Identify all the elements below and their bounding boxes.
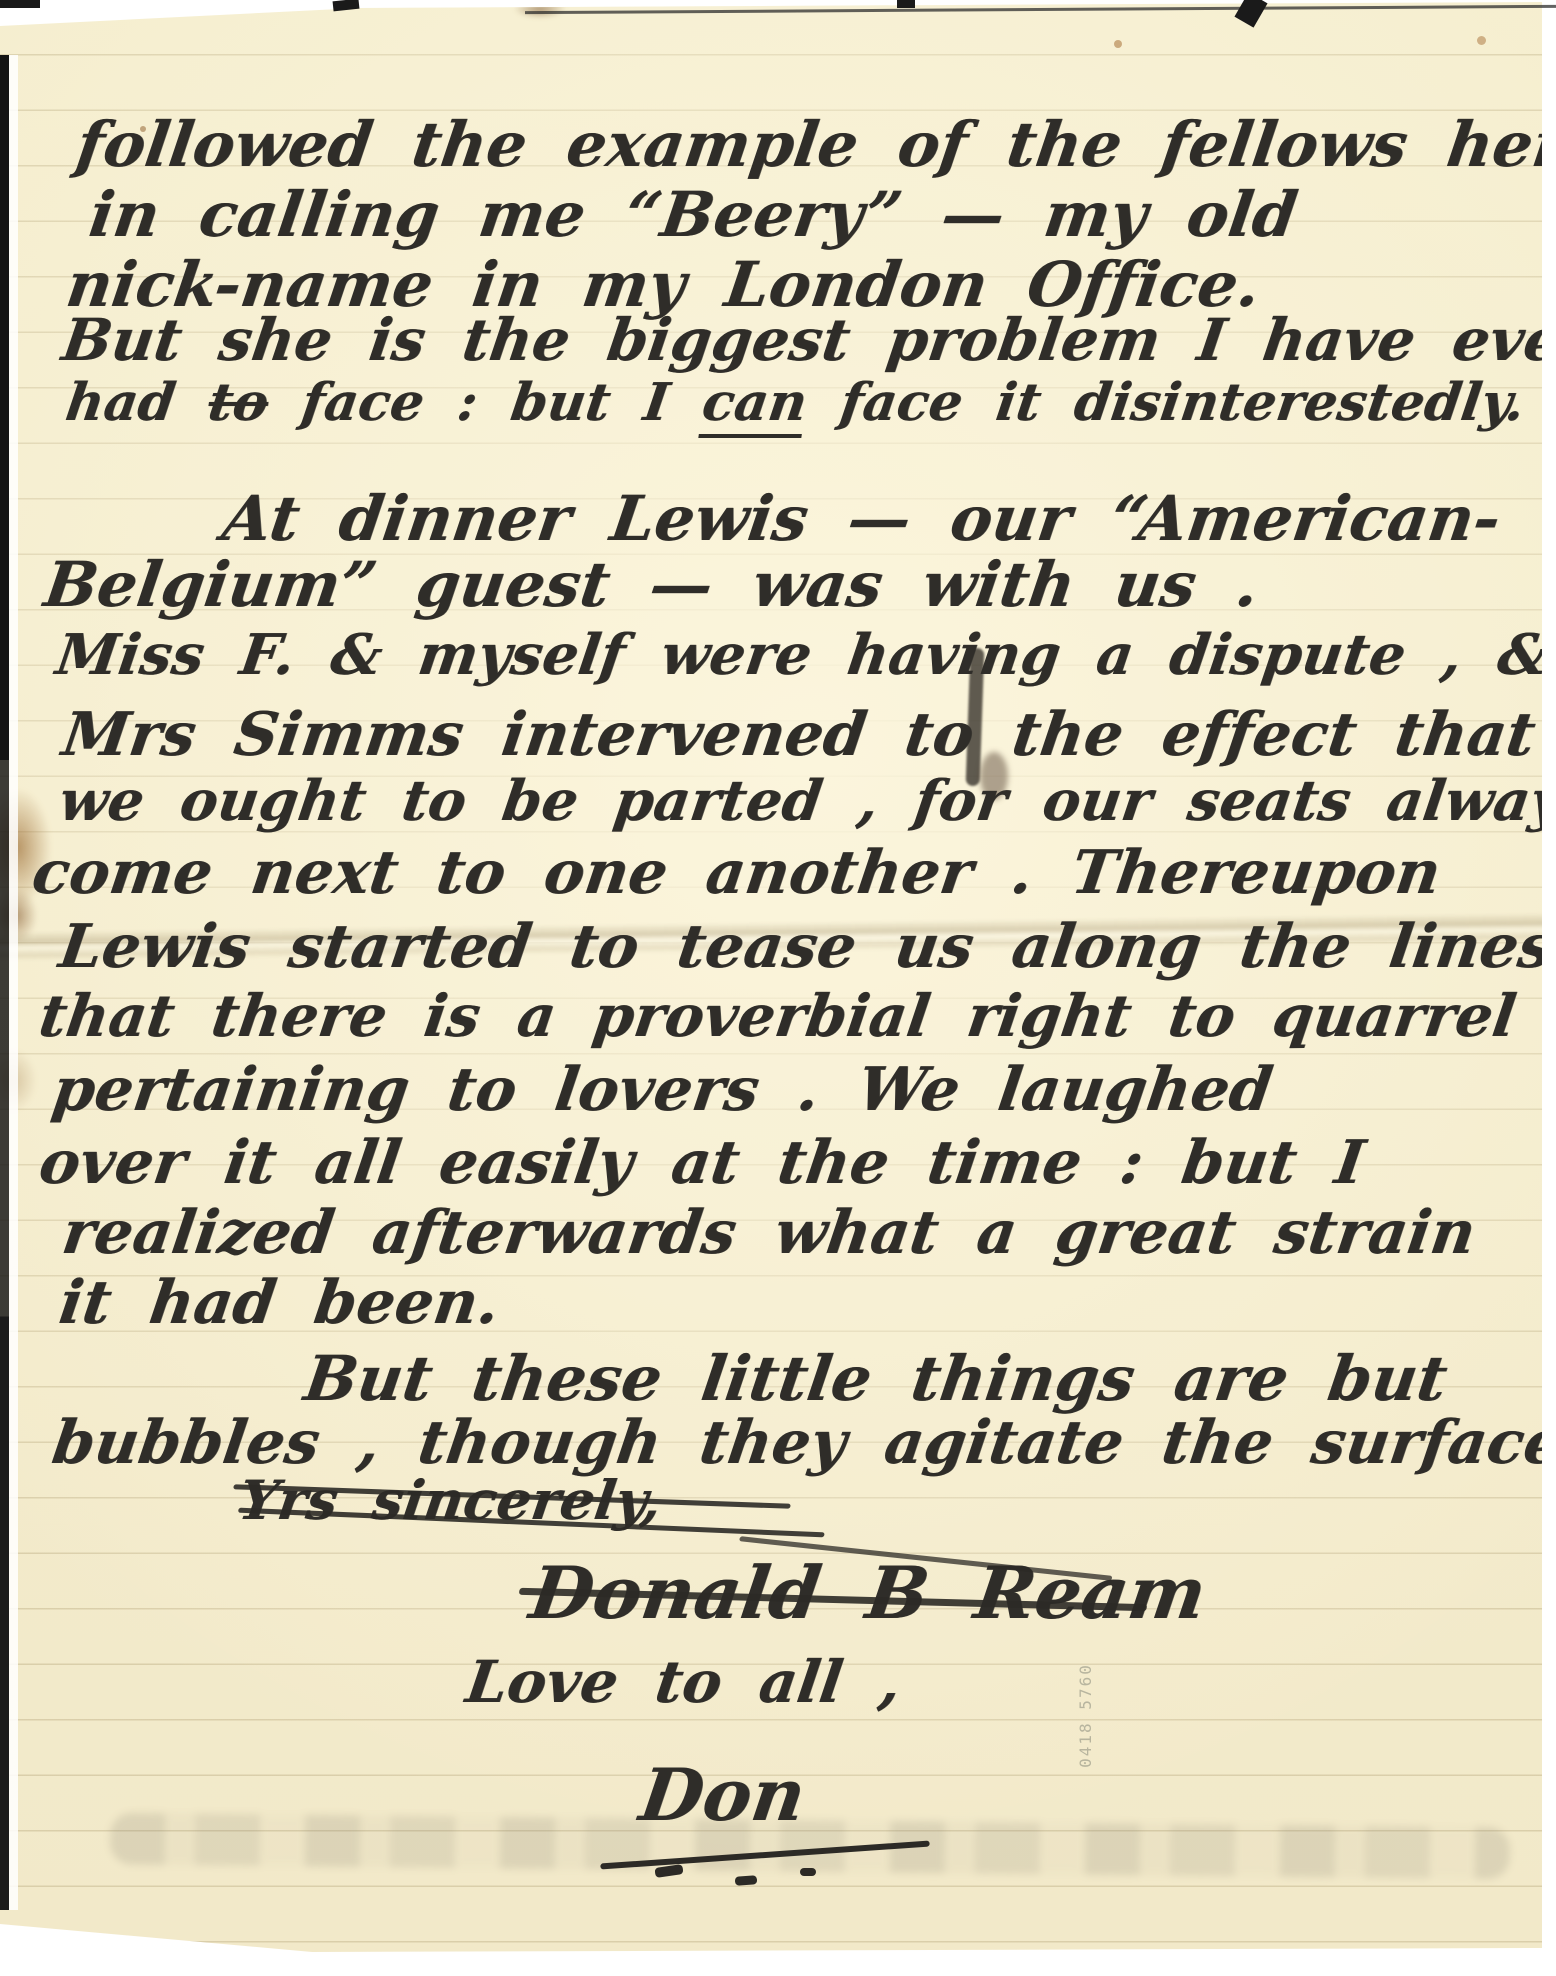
handwriting-line: At dinner Lewis — our “American- bbox=[218, 482, 1505, 555]
letter-page: 0418 5760 followed the example of the fe… bbox=[0, 0, 1556, 1976]
handwriting-segment: face it disinterestedly. bbox=[802, 372, 1528, 433]
handwriting-line: pertaining to lovers . We laughed bbox=[48, 1055, 1277, 1125]
handwriting-line: Mrs Simms intervened to the effect that bbox=[58, 700, 1540, 770]
show-through-band bbox=[110, 1813, 1510, 1880]
struck-word: to bbox=[205, 372, 273, 433]
handwriting-line: Belgium” guest — was with us . bbox=[40, 548, 1263, 621]
scan-number: 0418 5760 bbox=[1076, 1663, 1095, 1768]
handwriting-line: But these little things are but bbox=[300, 1342, 1452, 1415]
handwriting-line: followed the example of the fellows here bbox=[72, 108, 1556, 181]
signature-dash bbox=[654, 1864, 683, 1878]
handwriting-line: over it all easily at the time : but I bbox=[35, 1128, 1369, 1198]
stain bbox=[505, 0, 575, 22]
underlined-word: can bbox=[698, 372, 811, 438]
handwriting-line: we ought to be parted , for our seats al… bbox=[55, 768, 1556, 834]
scanned-letter: 0418 5760 followed the example of the fe… bbox=[0, 0, 1556, 1976]
stain bbox=[0, 1038, 45, 1123]
struck-valediction: Yrs sincerely, bbox=[235, 1468, 666, 1532]
handwriting-line: Lewis started to tease us along the line… bbox=[55, 912, 1556, 982]
handwriting-line: come next to one another . Thereupon bbox=[28, 838, 1445, 908]
handwriting-line: that there is a proverbial right to quar… bbox=[35, 982, 1520, 1050]
signature-dash bbox=[800, 1868, 816, 1876]
handwriting-line: it had been. bbox=[55, 1268, 504, 1338]
handwriting-line: Miss F. & myself were having a dispute ,… bbox=[52, 622, 1554, 688]
speck bbox=[1477, 36, 1486, 45]
scan-edge-mark bbox=[0, 0, 40, 8]
signature-underline bbox=[600, 1840, 930, 1869]
handwriting-line: realized afterwards what a great strain bbox=[58, 1198, 1480, 1268]
scan-number-watermark: 0418 5760 bbox=[1040, 1640, 1130, 1790]
signature: Don bbox=[635, 1752, 811, 1837]
signature-dash bbox=[735, 1875, 758, 1886]
speck bbox=[1114, 40, 1122, 48]
farewell-line: Love to all , bbox=[462, 1648, 905, 1716]
handwriting-segment: had bbox=[62, 372, 213, 433]
handwriting-line: But she is the biggest problem I have ev… bbox=[58, 306, 1556, 374]
handwriting-line: had to face : but I can face it disinter… bbox=[62, 372, 1529, 433]
handwriting-segment: face : but I bbox=[264, 372, 707, 433]
struck-signature: Donald B Ream bbox=[525, 1550, 1211, 1635]
handwriting-line: in calling me “Beery” — my old bbox=[85, 178, 1302, 251]
